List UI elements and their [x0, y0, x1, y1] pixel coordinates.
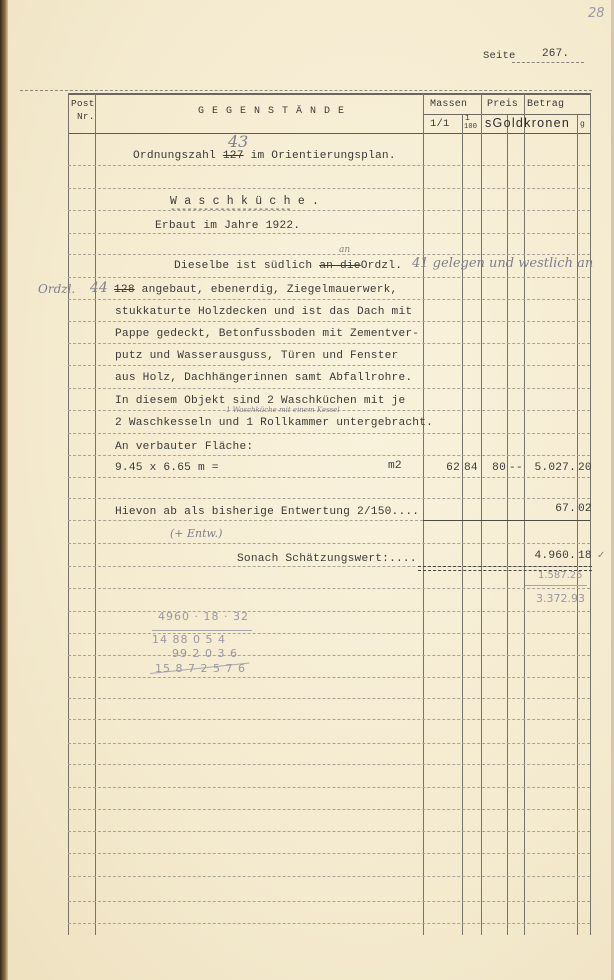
description-line-5: putz und Wasserausguss, Türen und Fenste… [115, 350, 398, 362]
ordnungszahl-suffix: im Orientierungsplan. [251, 150, 396, 162]
table-top-border [68, 93, 590, 95]
hand-number-44: 44 [90, 280, 108, 296]
flaeche-label: An verbauter Fläche: [115, 441, 253, 453]
schaetzung-betrag-int: 4.960. [530, 550, 576, 562]
margin-hand-ordzl: Ordzl. [38, 282, 75, 296]
flaeche-preis-int: 80 [487, 462, 506, 474]
page-label: Seite [483, 50, 516, 62]
pencil-calc-line-2: 14 88 0 5 4 [152, 633, 226, 646]
struck-128: 128 [114, 284, 135, 296]
abzug-betrag-int: 67. [530, 503, 576, 515]
flaeche-formula: 9.45 x 6.65 m = [115, 462, 219, 474]
header-currency-g: g [580, 120, 585, 129]
pencil-folio-number: 28 [588, 6, 605, 21]
book-binding-edge [0, 0, 8, 980]
pencil-betrag-1: 1.587.25 [538, 570, 583, 581]
header-currency-goldkronen: sGoldkronen [485, 116, 570, 130]
ordnungszahl-struck-number: 127 [223, 150, 244, 162]
header-post: Post [71, 98, 95, 109]
flaeche-massen-dec: 84 [464, 462, 478, 474]
schaetzung-text: Sonach Schätzungswert:.... [237, 553, 417, 565]
pencil-calc-line-3: 99 2 0 3 6 [172, 647, 238, 660]
pencil-calc-line-1: 4960 · 18 · 32 [158, 610, 249, 623]
col-line-massen-sub [462, 114, 463, 935]
ordnungszahl-prefix: Ordnungszahl [133, 150, 216, 162]
header-gegenstaende: G E G E N S T Ä N D E [198, 106, 345, 117]
hand-note-entw: (+ Entw.) [170, 527, 222, 540]
hand-insert-waschkueche: 1 Waschküche mit einem Kessel [226, 406, 340, 414]
abzug-text: Hievon ab als bisherige Entwertung 2/150… [115, 506, 419, 518]
ordnungszahl-line: Ordnungszahl 127 im Orientierungsplan. [133, 150, 396, 162]
flaeche-betrag-dec: 20 [578, 462, 592, 474]
description-line-8: 2 Waschkesseln und 1 Rollkammer untergeb… [115, 417, 433, 429]
building-title-underline: ---------------------- [170, 205, 291, 216]
pencil-betrag-2: 3.372.93 [536, 592, 585, 605]
description-line-4: Pappe gedeckt, Betonfussboden mit Zement… [115, 328, 419, 340]
header-massen-fraction-num: 1 [465, 114, 470, 123]
flaeche-unit: m2 [388, 460, 402, 472]
erbaut-line: Erbaut im Jahre 1922. [155, 220, 300, 232]
col-line-preis-sub [507, 114, 508, 935]
description-line-6: aus Holz, Dachhängerinnen samt Abfallroh… [115, 372, 412, 384]
page-number-rule [512, 62, 584, 63]
hand-annotation-line-1: 41 gelegen und westlich an [412, 256, 593, 271]
header-massen-1-1: 1/1 [430, 118, 450, 130]
header-massen-fraction-den: 100 [464, 123, 477, 131]
hand-an-above: an [339, 245, 350, 255]
header-massen: Massen [430, 99, 467, 110]
schaetzung-betrag-dec: 18 [578, 550, 592, 562]
flaeche-preis-dec: -- [509, 462, 523, 474]
description-line-3: stukkaturte Holzdecken und ist das Dach … [115, 306, 412, 318]
struck-an-die: an die [319, 260, 360, 272]
header-preis: Preis [487, 99, 518, 110]
description-line-2: 128 angebaut, ebenerdig, Ziegelmauerwerk… [114, 284, 397, 296]
flaeche-massen-int: 62 [440, 462, 460, 474]
page-number: 267. [542, 48, 569, 60]
col-line-betrag-sub [577, 114, 578, 935]
top-outer-rule [20, 90, 592, 91]
ordnungszahl-hand-number: 43 [228, 132, 248, 151]
abzug-betrag-dec: 02 [578, 503, 592, 515]
flaeche-betrag-int: 5.027. [530, 462, 576, 474]
check-mark-icon: ✓ [597, 550, 605, 561]
header-nr: Nr. [77, 111, 95, 122]
header-bottom-border [68, 133, 590, 134]
pencil-calc-line-4: 15 8 7 2 5 7 6 [155, 662, 246, 675]
description-line-1: Dieselbe ist südlich an dieOrdzl. [174, 260, 402, 272]
header-betrag: Betrag [527, 99, 564, 110]
pencil-subtraction-rule [525, 585, 587, 586]
